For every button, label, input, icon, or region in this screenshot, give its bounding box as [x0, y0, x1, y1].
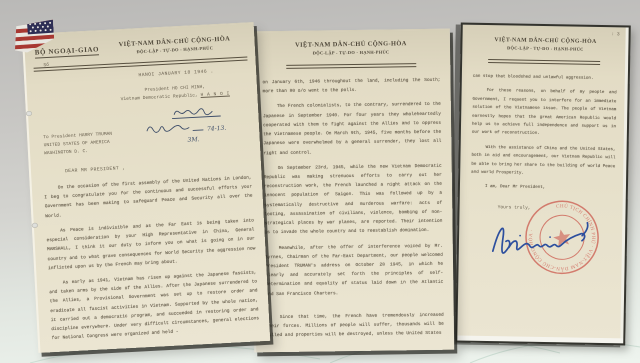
header-rule	[286, 63, 416, 69]
us-flag-icon	[13, 19, 55, 54]
ho-chi-minh-signature	[485, 211, 598, 265]
national-header: VIỆT-NAM DÂN-CHỦ CỘNG-HÒA ĐỘC-LẬP - TỰ-D…	[100, 34, 249, 55]
national-header: VIỆT-NAM DÂN-CHỦ CỘNG-HÒA ĐỘC-LẬP - TỰ-D…	[252, 40, 450, 56]
page-number: : 3	[611, 32, 619, 37]
paragraph: On September 23rd, 1945, while the new V…	[264, 161, 443, 237]
sender-block: President HO CHI MINH, Vietnam Democrati…	[97, 81, 254, 106]
punch-hole	[32, 223, 38, 228]
handwritten-number: 74-13.	[207, 125, 227, 133]
header-rule	[488, 59, 600, 65]
recipient-block: To President HARRY TRUMAN UNITED STATES …	[43, 131, 113, 159]
letter-page-3: : 3 VIỆT-NAM DÂN-CHỦ CỘNG-HÒA ĐỘC-LẬP - …	[455, 23, 631, 346]
handwritten-annotation: 74-13. 3M.	[140, 103, 254, 149]
paragraph: on January 6th, 1946 throughout the land…	[262, 76, 440, 97]
letter-body-page-3: can stop that bloodshed and unlawful agg…	[471, 73, 617, 200]
handwritten-mark: 3M.	[187, 136, 199, 144]
national-header-motto: ĐỘC-LẬP - TỰ-DO - HẠNH-PHÚC	[462, 44, 628, 52]
paragraph: Since that time, the French have tremend…	[266, 311, 444, 341]
dateline: HANOI JANUARY 18 1946 .	[102, 67, 250, 80]
letter-body-page-1: On the occasion of the first assembly of…	[44, 173, 260, 349]
salutation: DEAR MR PRESIDENT ,	[65, 166, 126, 174]
letter-page-1: BỘ NGOẠI-GIAO Số VIỆT-NAM DÂN-CHỦ CỘNG-H…	[22, 22, 270, 353]
national-header: VIỆT-NAM DÂN-CHỦ CỘNG-HÒA ĐỘC-LẬP - TỰ-D…	[462, 37, 628, 52]
paragraph: can stop that bloodshed and unlawful agg…	[473, 73, 617, 84]
paragraph: On the occasion of the first assembly of…	[44, 173, 254, 221]
display-panel: BỘ NGOẠI-GIAO Số VIỆT-NAM DÂN-CHỦ CỘNG-H…	[0, 0, 640, 363]
letter-page-2: VIỆT-NAM DÂN-CHỦ CỘNG-HÒA ĐỘC-LẬP - TỰ-D…	[250, 29, 454, 353]
paragraph: As Peace is indivisible and as the Far E…	[46, 216, 256, 273]
paragraph: As early as 1941, Vietnam has risen up a…	[49, 268, 260, 343]
paragraph: With the assistance of China and the Uni…	[471, 144, 616, 180]
punch-hole	[26, 111, 32, 116]
paragraph: The French colonialists, to the contrary…	[263, 100, 442, 158]
national-header-motto: ĐỘC-LẬP - TỰ-DO - HẠNH-PHÚC	[252, 48, 450, 56]
paragraph: Meanwhile, after the offer of interferen…	[265, 241, 444, 299]
letter-body-page-2: on January 6th, 1946 throughout the land…	[262, 76, 444, 347]
paragraph: For these reasons, on behalf of my peopl…	[472, 87, 617, 140]
